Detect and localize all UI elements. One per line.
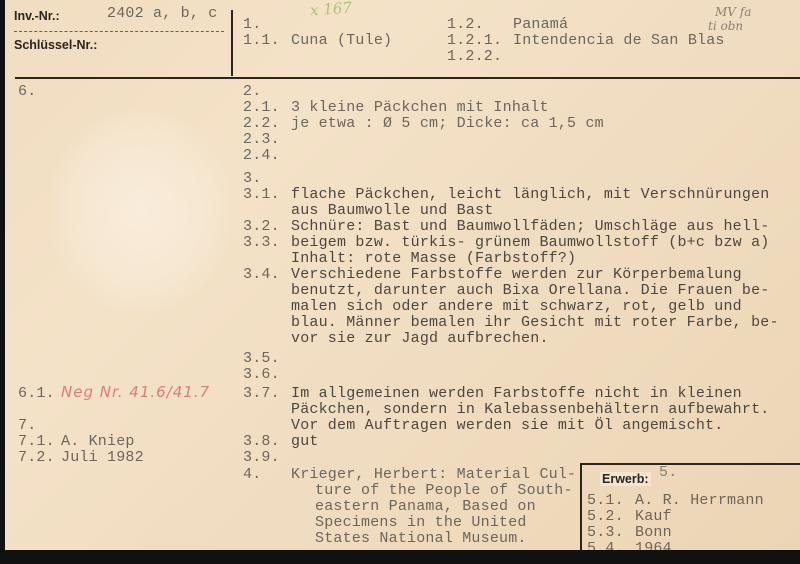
inv-nr-label: Inv.-Nr.: xyxy=(14,9,60,23)
section-5-num: 5. xyxy=(659,465,677,481)
section-3-2-num: 3.2. xyxy=(243,219,280,235)
section-5-1-num: 5.1. xyxy=(587,493,624,509)
header-divider xyxy=(14,31,224,32)
section-2-4-num: 2.4. xyxy=(243,148,280,164)
section-4-line: eastern Panama, Based on xyxy=(315,499,536,515)
section-1-2-1-num: 1.2.1. xyxy=(447,33,502,49)
section-7-2-num: 7.2. xyxy=(18,450,55,466)
section-3-7-line: Im allgemeinen werden Farbstoffe nicht i… xyxy=(291,386,742,402)
header-bottom-rule xyxy=(15,77,800,79)
section-3-4-line: malen sich oder andere mit schwarz, rot,… xyxy=(291,299,742,315)
section-7-num: 7. xyxy=(18,418,36,434)
section-7-2-text: Juli 1982 xyxy=(61,450,144,466)
section-3-6-num: 3.6. xyxy=(243,367,280,383)
section-4-line: Specimens in the United xyxy=(315,515,527,531)
catalog-card: Inv.-Nr.: 2402 a, b, c Schlüssel-Nr.: x … xyxy=(5,0,800,550)
section-3-4-line: blau. Männer bemalen ihr Gesicht mit rot… xyxy=(291,315,779,331)
section-3-7-line: Päckchen, sondern in Kalebassenbehältern… xyxy=(291,402,769,418)
red-negative-number-note: Neg Nr. 41.6/41.7 xyxy=(61,383,210,401)
section-3-8-num: 3.8. xyxy=(243,434,280,450)
section-2-1-num: 2.1. xyxy=(243,100,280,116)
section-5-3-num: 5.3. xyxy=(587,525,624,541)
gray-handwritten-note-2: ti obn xyxy=(708,20,743,32)
section-4-line: ture of the People of South- xyxy=(315,483,573,499)
section-1-2-2-num: 1.2.2. xyxy=(447,49,502,65)
section-3-1-line: flache Päckchen, leicht länglich, mit Ve… xyxy=(291,187,769,203)
section-5-3-text: Bonn xyxy=(635,525,672,541)
section-2-num: 2. xyxy=(243,84,261,100)
section-2-3-num: 2.3. xyxy=(243,132,280,148)
section-1-2-text: Panamá xyxy=(513,17,568,33)
header-vertical-divider xyxy=(231,10,233,76)
section-7-1-text: A. Kniep xyxy=(61,434,135,450)
section-3-7-line: Vor dem Auftragen werden sie mit Öl ange… xyxy=(291,418,723,434)
section-2-2-num: 2.2. xyxy=(243,116,280,132)
section-3-2-line: Schnüre: Bast und Baumwollfäden; Umschlä… xyxy=(291,219,769,235)
section-6-num: 6. xyxy=(18,84,36,100)
green-handwritten-note: x 167 xyxy=(309,0,352,19)
section-2-2-text: je etwa : Ø 5 cm; Dicke: ca 1,5 cm xyxy=(291,116,604,132)
gray-handwritten-note-1: MV fa xyxy=(715,6,751,18)
section-5-1-text: A. R. Herrmann xyxy=(635,493,764,509)
erwerb-label: Erwerb: xyxy=(600,472,651,486)
section-1-1-text: Cuna (Tule) xyxy=(291,33,392,49)
section-3-3-line: Inhalt: rote Masse (Farbstoff?) xyxy=(291,251,576,267)
section-3-7-num: 3.7. xyxy=(243,386,280,402)
section-3-4-num: 3.4. xyxy=(243,267,280,283)
section-3-4-line: benutzt, darunter auch Bixa Orellana. Di… xyxy=(291,283,769,299)
section-4-line: Krieger, Herbert: Material Cul- xyxy=(291,467,576,483)
section-3-4-line: vor sie zur Jagd aufbrechen. xyxy=(291,331,549,347)
section-3-1-line: aus Baumwolle und Bast xyxy=(291,203,493,219)
section-1-2-num: 1.2. xyxy=(447,17,484,33)
section-1-num: 1. xyxy=(243,17,261,33)
section-7-1-num: 7.1. xyxy=(18,434,55,450)
inv-nr-value: 2402 a, b, c xyxy=(107,6,217,22)
section-3-8-text: gut xyxy=(291,434,319,450)
section-5-2-text: Kauf xyxy=(635,509,672,525)
section-4-line: States National Museum. xyxy=(315,531,527,547)
section-5-4-text: 1964 xyxy=(635,541,672,550)
section-3-num: 3. xyxy=(243,171,261,187)
section-5-top-rule xyxy=(580,463,800,465)
section-3-4-line: Verschiedene Farbstoffe werden zur Körpe… xyxy=(291,267,742,283)
section-5-left-rule xyxy=(580,463,582,550)
section-3-9-num: 3.9. xyxy=(243,450,280,466)
section-5-2-num: 5.2. xyxy=(587,509,624,525)
section-4-num: 4. xyxy=(243,467,261,483)
paper-stain xyxy=(50,110,230,310)
section-1-1-num: 1.1. xyxy=(243,33,280,49)
schluessel-nr-label: Schlüssel-Nr.: xyxy=(14,38,97,52)
section-3-3-num: 3.3. xyxy=(243,235,280,251)
section-3-3-line: beigem bzw. türkis- grünem Baumwollstoff… xyxy=(291,235,769,251)
section-5-4-num: 5.4. xyxy=(587,541,624,550)
section-3-1-num: 3.1. xyxy=(243,187,280,203)
section-2-1-text: 3 kleine Päckchen mit Inhalt xyxy=(291,100,549,116)
section-1-2-1-text: Intendencia de San Blas xyxy=(513,33,725,49)
section-3-5-num: 3.5. xyxy=(243,351,280,367)
section-6-1-num: 6.1. xyxy=(18,386,55,402)
